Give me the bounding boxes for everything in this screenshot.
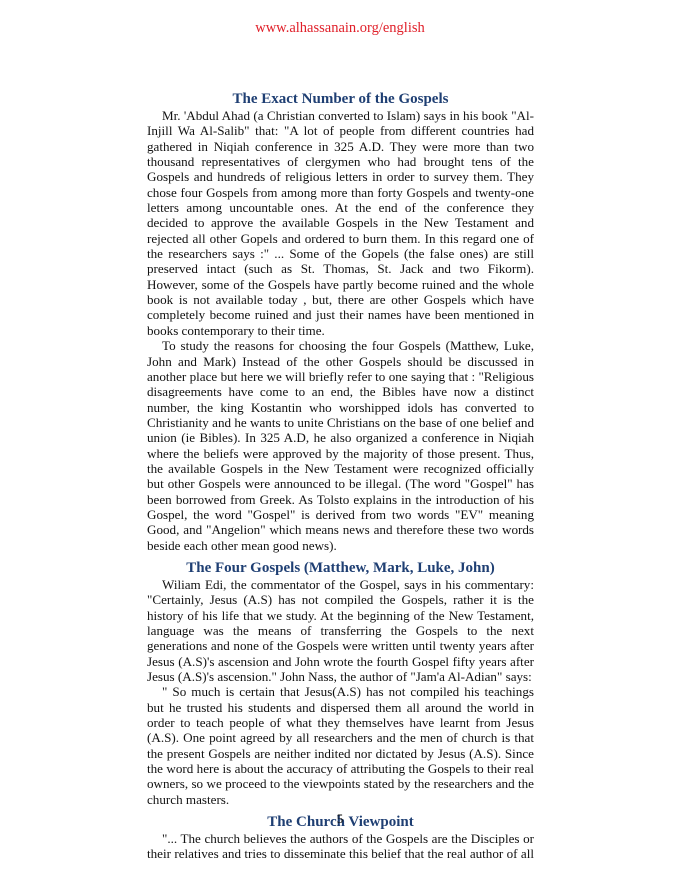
document-body: The Exact Number of the Gospels Mr. 'Abd…	[147, 90, 534, 862]
paragraph: " So much is certain that Jesus(A.S) has…	[147, 684, 534, 807]
paragraph: Wiliam Edi, the commentator of the Gospe…	[147, 577, 534, 684]
page-number: 5	[0, 811, 680, 827]
header-url-link[interactable]: www.alhassanain.org/english	[0, 20, 680, 37]
section-heading-four-gospels: The Four Gospels (Matthew, Mark, Luke, J…	[147, 559, 534, 577]
paragraph: To study the reasons for choosing the fo…	[147, 338, 534, 553]
paragraph: "... The church believes the authors of …	[147, 831, 534, 862]
section-heading-exact-number: The Exact Number of the Gospels	[147, 90, 534, 108]
paragraph: Mr. 'Abdul Ahad (a Christian converted t…	[147, 108, 534, 338]
